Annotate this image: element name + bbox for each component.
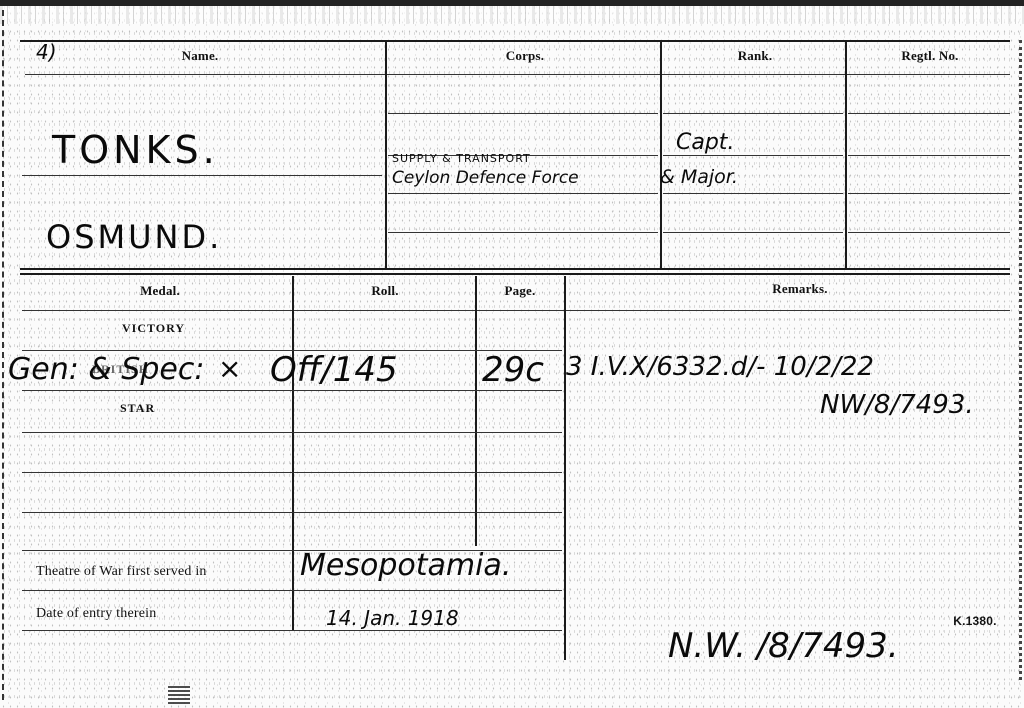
scan-top-band (0, 6, 1024, 24)
corps-rule-1 (388, 113, 658, 114)
surname: TONKS. (52, 128, 219, 172)
medal-entry-mark: × (218, 352, 241, 385)
rank-rule-2 (663, 155, 843, 156)
divider-roll-page (475, 276, 477, 546)
divider-medal-roll (292, 276, 294, 630)
column-header-remarks: Remarks. (700, 281, 900, 297)
forename: OSMUND. (46, 218, 222, 256)
rank-line-2: & Major. (660, 166, 738, 188)
column-header-name: Name. (100, 48, 300, 64)
regtl-rule-2 (848, 155, 1010, 156)
entry-date-value: 14. Jan. 1918 (326, 606, 459, 630)
medal-row-rule-2 (22, 390, 562, 391)
medal-entry-roll: Off/145 (270, 350, 398, 390)
scan-artifact-stamp (168, 686, 190, 704)
rank-rule-0 (663, 74, 843, 75)
regtl-rule-1 (848, 113, 1010, 114)
medal-entry-medal: Gen: & Spec: (8, 352, 204, 387)
corps-line-2: Ceylon Defence Force (392, 168, 579, 188)
footer-reference: N.W. /8/7493. (668, 626, 899, 666)
divider-corps-rank (660, 42, 662, 268)
form-code: K.1380. (940, 614, 1010, 628)
rank-line-1: Capt. (676, 130, 734, 155)
divider-name-corps (385, 42, 387, 268)
rank-rule-1 (663, 113, 843, 114)
medal-entry-remarks-line-1: 3 I.V.X/6332.d/- 10/2/22 (566, 352, 874, 382)
card-left-edge (2, 10, 7, 700)
column-header-corps: Corps. (430, 48, 620, 64)
column-header-rank: Rank. (680, 48, 830, 64)
medal-entry-page: 29c (482, 350, 544, 390)
divider-page-remarks (564, 276, 566, 660)
card-right-edge (1015, 40, 1022, 680)
medal-row-rule-5 (22, 512, 562, 513)
divider-rank-regtl (845, 42, 847, 268)
medal-column-rule (22, 310, 1010, 311)
theatre-rule (22, 590, 562, 591)
header-top-rule (20, 40, 1010, 42)
theatre-value: Mesopotamia. (300, 548, 511, 583)
column-header-page: Page. (485, 283, 555, 299)
rank-rule-3 (663, 193, 843, 194)
printed-medal-star: STAR (120, 401, 200, 416)
medal-top-rule (20, 273, 1010, 275)
header-bottom-rule (20, 268, 1010, 270)
medal-row-rule-3 (22, 432, 562, 433)
column-header-roll: Roll. (320, 283, 450, 299)
rank-rule-4 (663, 232, 843, 233)
corner-mark: 4) (36, 40, 57, 64)
entry-date-label: Date of entry therein (36, 606, 156, 622)
printed-medal-victory: VICTORY (122, 321, 202, 336)
entry-date-rule (22, 630, 562, 631)
column-header-medal: Medal. (100, 283, 220, 299)
medal-row-rule-4 (22, 472, 562, 473)
regtl-rule-4 (848, 232, 1010, 233)
regtl-rule-3 (848, 193, 1010, 194)
header-column-rule (25, 74, 1010, 75)
corps-rule-4 (388, 232, 658, 233)
column-header-regtl-no: Regtl. No. (860, 48, 1000, 64)
corps-rule-3 (388, 193, 658, 194)
medal-entry-remarks-line-2: NW/8/7493. (820, 390, 974, 420)
corps-line-1: SUPPLY & TRANSPORT (392, 152, 531, 165)
theatre-label: Theatre of War first served in (36, 564, 207, 580)
name-rule (22, 175, 382, 176)
